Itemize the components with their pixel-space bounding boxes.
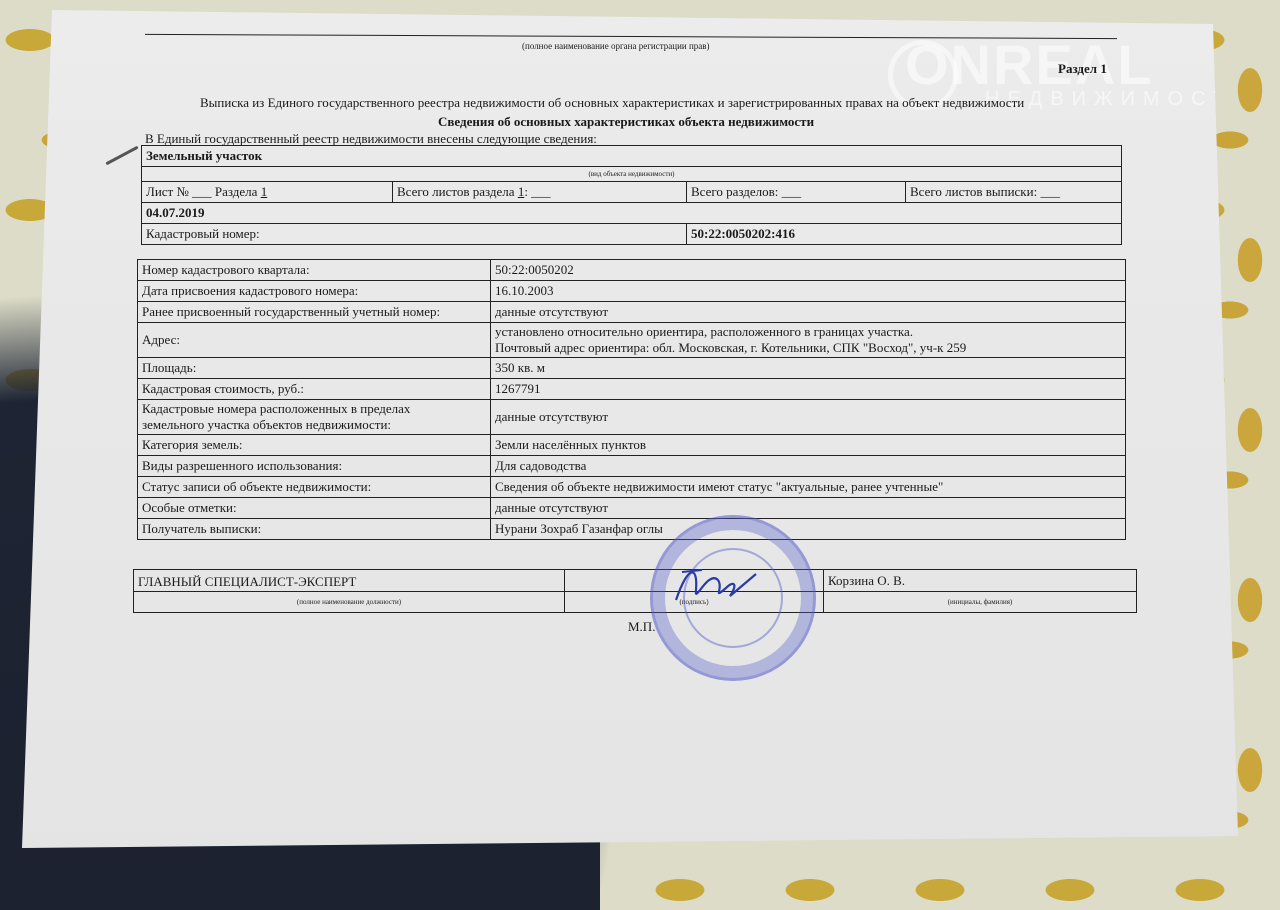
details-table: Номер кадастрового квартала: 50:22:00502… (137, 259, 1126, 540)
total-sheets-label: Всего листов выписки: (910, 184, 1037, 199)
section-label: Раздел 1 (1058, 61, 1107, 77)
detail-label: Площадь: (138, 358, 491, 379)
paper-clip-icon (105, 146, 138, 166)
detail-value: данные отсутствуют (491, 302, 1126, 323)
detail-value: Нурани Зохраб Газанфар оглы (491, 519, 1126, 540)
address-line-2: Почтовый адрес ориентира: обл. Московска… (495, 340, 1121, 356)
detail-value-address: установлено относительно ориентира, расп… (491, 323, 1126, 358)
table-row: Площадь: 350 кв. м (138, 358, 1126, 379)
object-type-row: Земельный участок (142, 146, 1122, 167)
date-row: 04.07.2019 (142, 203, 1122, 224)
section-word: Раздела (215, 184, 258, 199)
detail-label: Категория земель: (138, 435, 491, 456)
detail-value: Земли населённых пунктов (491, 435, 1126, 456)
detail-label: Ранее присвоенный государственный учетны… (138, 302, 491, 323)
sheet-no-value: ___ (192, 184, 212, 199)
detail-label: Номер кадастрового квартала: (138, 260, 491, 281)
sheet-number-cell: Лист № ___ Раздела 1 (142, 182, 393, 203)
address-line-1: установлено относительно ориентира, расп… (495, 324, 1121, 340)
detail-label: Виды разрешенного использования: (138, 456, 491, 477)
label-line-1: Кадастровые номера расположенных в преде… (142, 401, 486, 417)
detail-value: 1267791 (491, 379, 1126, 400)
object-type: Земельный участок (142, 146, 1122, 167)
detail-value: 16.10.2003 (491, 281, 1126, 302)
signature-caption-row: (полное наименование должности) (подпись… (134, 592, 1137, 613)
sheet-info-row: Лист № ___ Раздела 1 Всего листов раздел… (142, 182, 1122, 203)
total-sheets-value: ___ (1040, 184, 1060, 199)
detail-label: Кадастровая стоимость, руб.: (138, 379, 491, 400)
object-type-caption-row: (вид объекта недвижимости) (142, 167, 1122, 182)
detail-label-multiline: Кадастровые номера расположенных в преде… (138, 400, 491, 435)
sheets-in-section-blank: : ___ (524, 184, 550, 199)
detail-label: Дата присвоения кадастрового номера: (138, 281, 491, 302)
header-table: Земельный участок (вид объекта недвижимо… (141, 145, 1122, 245)
cadastral-number-label: Кадастровый номер: (142, 224, 687, 245)
seal-place-label: М.П. (628, 619, 655, 635)
signature-table: ГЛАВНЫЙ СПЕЦИАЛИСТ-ЭКСПЕРТ Корзина О. В.… (133, 569, 1137, 613)
detail-value: Для садоводства (491, 456, 1126, 477)
label-line-2: земельного участка объектов недвижимости… (142, 417, 486, 433)
position-caption: (полное наименование должности) (134, 592, 565, 613)
total-sheets-cell: Всего листов выписки: ___ (906, 182, 1122, 203)
table-row: Получатель выписки: Нурани Зохраб Газанф… (138, 519, 1126, 540)
section-number: 1 (261, 184, 268, 199)
authority-caption: (полное наименование органа регистрации … (522, 41, 710, 51)
detail-label: Особые отметки: (138, 498, 491, 519)
signature-row: ГЛАВНЫЙ СПЕЦИАЛИСТ-ЭКСПЕРТ Корзина О. В. (134, 570, 1137, 592)
table-row: Категория земель: Земли населённых пункт… (138, 435, 1126, 456)
table-row: Адрес: установлено относительно ориентир… (138, 323, 1126, 358)
detail-value: Сведения об объекте недвижимости имеют с… (491, 477, 1126, 498)
handwritten-signature (668, 560, 758, 610)
position-title: ГЛАВНЫЙ СПЕЦИАЛИСТ-ЭКСПЕРТ (134, 570, 565, 592)
detail-label: Адрес: (138, 323, 491, 358)
detail-value: данные отсутствуют (491, 400, 1126, 435)
table-row: Ранее присвоенный государственный учетны… (138, 302, 1126, 323)
table-row: Статус записи об объекте недвижимости: С… (138, 477, 1126, 498)
sheets-in-section-cell: Всего листов раздела 1: ___ (393, 182, 687, 203)
detail-label: Получатель выписки: (138, 519, 491, 540)
sheets-in-section-label: Всего листов раздела (397, 184, 515, 199)
detail-value: 350 кв. м (491, 358, 1126, 379)
table-row: Виды разрешенного использования: Для сад… (138, 456, 1126, 477)
total-sections-value: ___ (782, 184, 802, 199)
watermark-subtitle: НЕДВИЖИМОСТЬ (985, 88, 1254, 111)
table-row: Особые отметки: данные отсутствуют (138, 498, 1126, 519)
document-sheet: ONREAL НЕДВИЖИМОСТЬ (полное наименование… (0, 0, 1280, 910)
total-sections-cell: Всего разделов: ___ (687, 182, 906, 203)
table-row: Дата присвоения кадастрового номера: 16.… (138, 281, 1126, 302)
name-caption: (инициалы, фамилия) (824, 592, 1137, 613)
dark-fabric-bottom (0, 840, 600, 910)
total-sections-label: Всего разделов: (691, 184, 778, 199)
document-subtitle: Сведения об основных характеристиках объ… (438, 114, 814, 130)
detail-value: 50:22:0050202 (491, 260, 1126, 281)
object-type-caption: (вид объекта недвижимости) (142, 167, 1122, 182)
cadastral-number-value: 50:22:0050202:416 (687, 224, 1122, 245)
table-row: Номер кадастрового квартала: 50:22:00502… (138, 260, 1126, 281)
detail-label: Статус записи об объекте недвижимости: (138, 477, 491, 498)
table-row: Кадастровые номера расположенных в преде… (138, 400, 1126, 435)
signer-name: Корзина О. В. (824, 570, 1137, 592)
cadastral-number-row: Кадастровый номер: 50:22:0050202:416 (142, 224, 1122, 245)
detail-value: данные отсутствуют (491, 498, 1126, 519)
extract-date: 04.07.2019 (142, 203, 1122, 224)
document-title: Выписка из Единого государственного реес… (200, 95, 1024, 111)
table-row: Кадастровая стоимость, руб.: 1267791 (138, 379, 1126, 400)
sheet-no-label: Лист № (146, 184, 189, 199)
